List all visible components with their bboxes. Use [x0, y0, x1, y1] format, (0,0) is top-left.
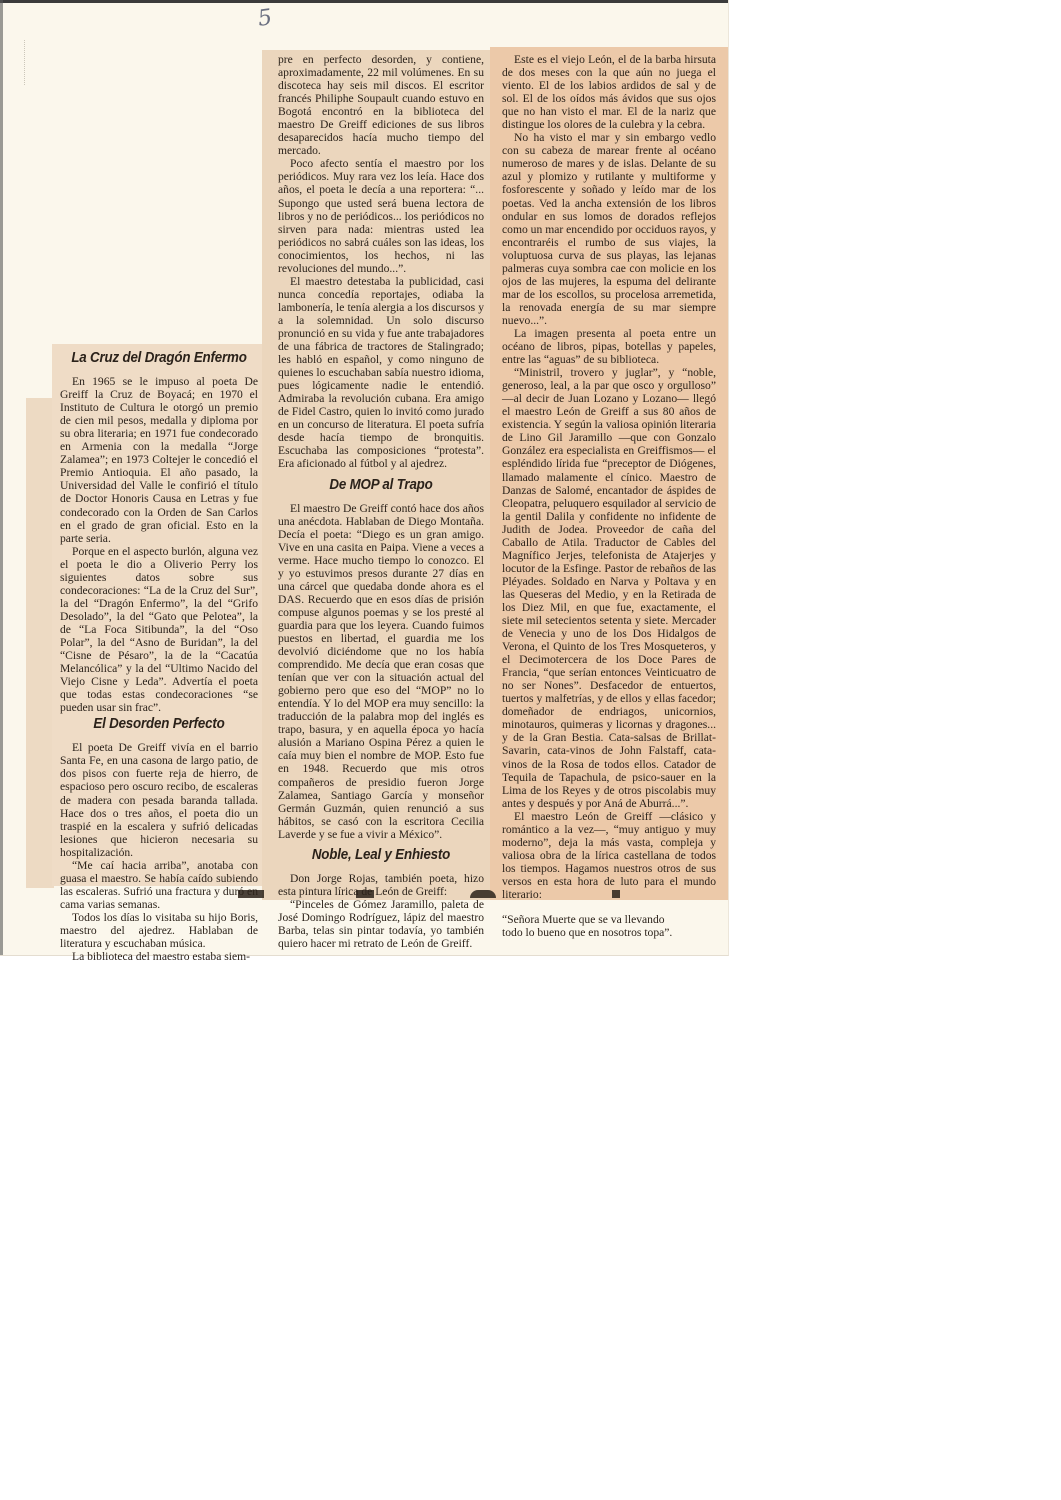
- paragraph: El maestro De Greiff contó hace dos años…: [278, 502, 484, 841]
- paragraph: Todos los días lo visitaba su hijo Boris…: [60, 911, 258, 950]
- backing-sheet: 5 La Cruz del Dragón Enfermo En 1965 se …: [0, 0, 729, 956]
- verse-line: “Señora Muerte que se va llevando: [502, 913, 716, 926]
- paragraph: La biblioteca del maestro estaba siem-: [60, 950, 258, 963]
- cut-headline-fragment: [238, 890, 264, 898]
- paragraph: “Me caí hacia arriba”, anotaba con guasa…: [60, 859, 258, 911]
- paragraph: El maestro León de Greiff —clásico y rom…: [502, 810, 716, 901]
- paragraph: El maestro detestaba la publicidad, casi…: [278, 275, 484, 471]
- clipping-torn-edge: [26, 398, 54, 888]
- paragraph: Poco afecto sentía el maestro por los pe…: [278, 157, 484, 274]
- section-heading: Noble, Leal y Enhiesto: [286, 849, 476, 862]
- cut-headline-fragment: [470, 890, 496, 898]
- cut-headline-fragment: [612, 890, 620, 898]
- paragraph: “Pinceles de Gómez Jaramillo, paleta de …: [278, 898, 484, 950]
- clipping-column-left: La Cruz del Dragón Enfermo En 1965 se le…: [52, 344, 264, 886]
- paragraph: pre en perfecto desorden, y contiene, ap…: [278, 53, 484, 157]
- handwritten-page-number: 5: [256, 5, 273, 32]
- paragraph: Este es el viejo León, el de la barba hi…: [502, 53, 716, 131]
- section-heading: La Cruz del Dragón Enfermo: [68, 352, 250, 365]
- paragraph: En 1965 se le impuso al poeta De Greiff …: [60, 375, 258, 545]
- verse-line: todo lo bueno que en nosotros topa”.: [502, 926, 716, 939]
- paragraph: El poeta De Greiff vivía en el barrio Sa…: [60, 741, 258, 858]
- paragraph: Don Jorge Rojas, también poeta, hizo est…: [278, 872, 484, 898]
- cut-headline-fragment: [356, 890, 374, 898]
- paragraph: “Ministril, trovero y juglar”, y “noble,…: [502, 366, 716, 810]
- clipping-column-middle: pre en perfecto desorden, y contiene, ap…: [262, 50, 492, 900]
- clipping-column-right: Este es el viejo León, el de la barba hi…: [490, 47, 728, 900]
- section-heading: De MOP al Trapo: [286, 479, 476, 492]
- paragraph: Porque en el aspecto burlón, alguna vez …: [60, 545, 258, 715]
- punch-marks: [24, 40, 31, 85]
- sheet-edge-shadow: [0, 0, 3, 955]
- paragraph: No ha visto el mar y sin embargo vedlo c…: [502, 131, 716, 327]
- paragraph: La imagen presenta al poeta entre un océ…: [502, 327, 716, 366]
- section-heading: El Desorden Perfecto: [68, 718, 250, 731]
